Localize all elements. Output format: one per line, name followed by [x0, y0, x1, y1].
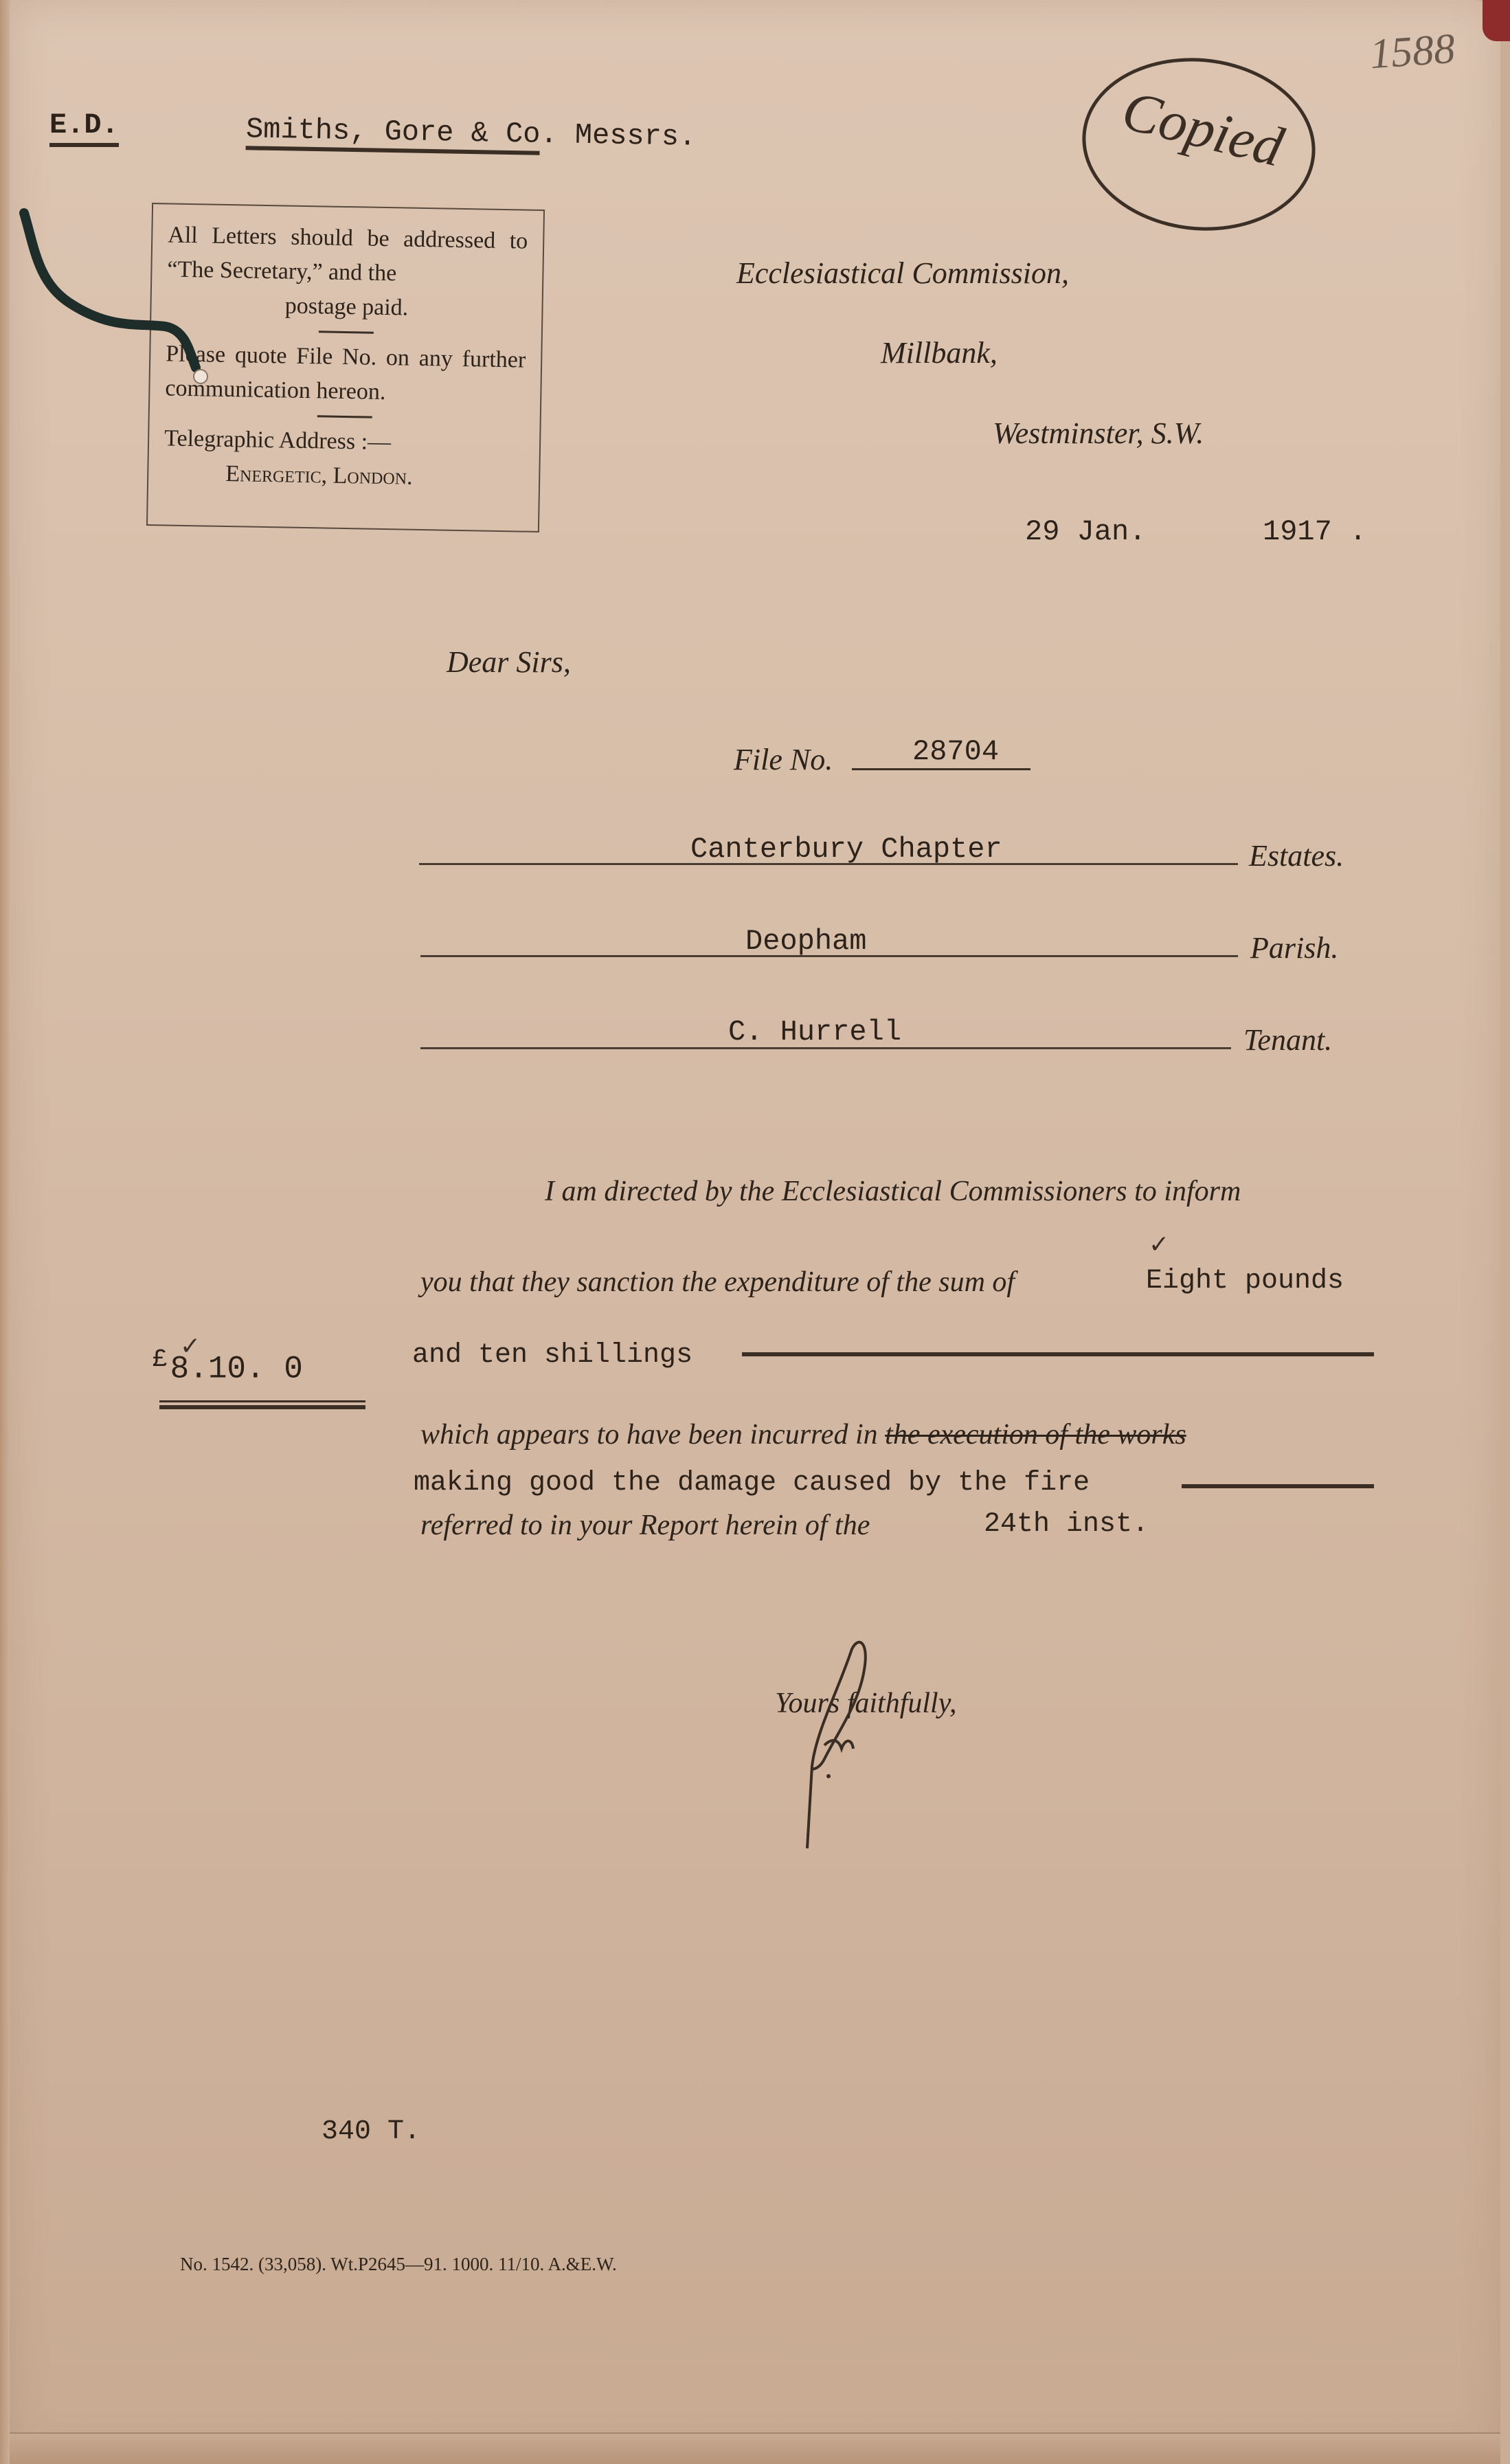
- sum-words-pounds: Eight pounds: [1146, 1266, 1344, 1297]
- parish-label: Parish.: [1250, 930, 1338, 965]
- sender-address-line-1: Ecclesiastical Commission,: [736, 256, 1069, 291]
- salutation: Dear Sirs,: [447, 645, 571, 680]
- amount-underline: [159, 1400, 365, 1409]
- notice-divider: [319, 331, 374, 333]
- addressee-suffix: . Messrs.: [540, 118, 697, 154]
- fill-dash: [1182, 1484, 1374, 1488]
- addressee: Smiths, Gore & Co. Messrs.: [246, 113, 697, 153]
- body-line-4-text: which appears to have been incurred in: [420, 1419, 878, 1451]
- sender-address-line-2: Millbank,: [881, 335, 998, 370]
- tenant-label: Tenant.: [1243, 1022, 1332, 1057]
- body-line-4-printed: which appears to have been incurred in t…: [420, 1418, 1186, 1451]
- body-line-1: I am directed by the Ecclesiastical Comm…: [545, 1175, 1241, 1208]
- binding-string-icon: [14, 206, 275, 412]
- parish-value: Deopham: [745, 925, 866, 958]
- page-bottom-edge: [10, 2432, 1500, 2464]
- date-day-month: 29 Jan.: [1025, 515, 1146, 548]
- printer-imprint: No. 1542. (33,058). Wt.P2645—91. 1000. 1…: [180, 2254, 617, 2275]
- tenant-value: C. Hurrell: [728, 1016, 901, 1049]
- estates-label: Estates.: [1249, 838, 1344, 873]
- notice-divider: [317, 415, 372, 418]
- reference-code: 340 T.: [322, 2116, 420, 2147]
- sender-address-line-3: Westminster, S.W.: [993, 416, 1204, 451]
- estates-value: Canterbury Chapter: [690, 833, 1002, 866]
- file-number-label: File No.: [734, 742, 833, 777]
- notice-line-4: Telegraphic Address :—: [164, 421, 525, 462]
- report-date: 24th inst.: [984, 1509, 1149, 1540]
- amount-value: 8.10. 0: [170, 1351, 303, 1387]
- tick-mark-icon: ✓: [1149, 1230, 1169, 1259]
- notice-line-5: Energetic, London.: [164, 456, 524, 496]
- binder-corner: [1483, 0, 1510, 41]
- file-number-line: [852, 768, 1030, 770]
- stamp-text: Copied: [1116, 78, 1290, 180]
- pound-sign: £: [153, 1345, 168, 1374]
- addressee-name: Smiths, Gore & Co: [246, 113, 541, 155]
- department-code: E.D.: [49, 109, 119, 147]
- amount-figure: £8.10. 0: [153, 1345, 303, 1387]
- body-line-5-typed: making good the damage caused by the fir…: [414, 1468, 1090, 1499]
- struck-text: the execution of the works: [885, 1419, 1186, 1451]
- date-year: 1917 .: [1263, 515, 1366, 548]
- body-line-6-printed: referred to in your Report herein of the: [420, 1509, 870, 1542]
- file-number-value: 28704: [912, 735, 999, 768]
- body-line-2-printed: you that they sanction the expenditure o…: [420, 1266, 1015, 1299]
- sum-words-shillings: and ten shillings: [412, 1340, 692, 1371]
- folio-number: 1588: [1368, 25, 1457, 79]
- signature-icon: [783, 1635, 893, 1855]
- fill-dash: [742, 1352, 1374, 1356]
